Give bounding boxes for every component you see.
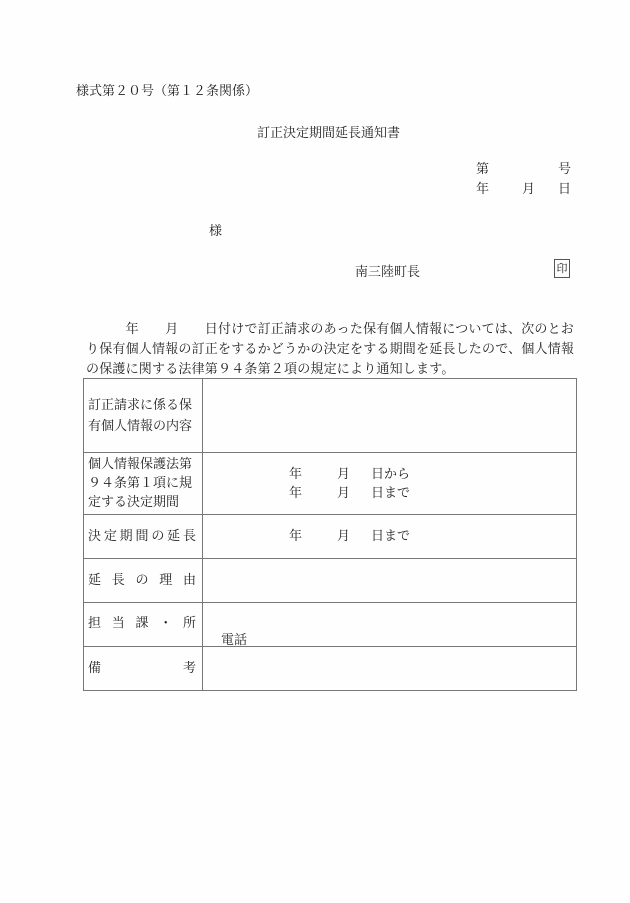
form-number: 様式第２０号（第１２条関係） <box>76 80 258 99</box>
label-char: 課 <box>135 613 148 634</box>
row-label: 個人情報保護法第 ９４条第１項に規 定する決定期間 <box>84 453 203 515</box>
label-char: 決 <box>88 526 101 547</box>
row-label: 訂正請求に係る保 有個人情報の内容 <box>84 379 203 453</box>
table-row-remarks: 備 考 <box>84 647 577 691</box>
label-char: 担 <box>88 613 101 634</box>
body-line: り保有個人情報の訂正をするかどうかの決定をする期間を延長したので、個人情報 <box>86 340 586 360</box>
day-label: 日から <box>371 465 410 484</box>
label-line: ９４条第１項に規 <box>88 474 202 493</box>
seal-mark: 印 <box>554 259 570 278</box>
label-char: 当 <box>112 613 125 634</box>
label-char: 考 <box>183 658 196 679</box>
date-year: 年 <box>476 180 489 200</box>
content-field[interactable] <box>203 379 577 453</box>
number-suffix: 号 <box>558 160 571 180</box>
notice-table: 訂正請求に係る保 有個人情報の内容 個人情報保護法第 ９４条第１項に規 定する決… <box>83 378 577 691</box>
table-row-department: 担 当 課 ・ 所 電話 <box>84 603 577 647</box>
body-line: の保護に関する法律第９４条第２項の規定により通知します。 <box>86 360 586 380</box>
document-title: 訂正決定期間延長通知書 <box>257 122 400 141</box>
label-char: 長 <box>112 570 125 591</box>
label-char: 間 <box>135 526 148 547</box>
extension-field[interactable]: 年月日まで <box>203 515 577 559</box>
document-date-row: 年 月 日 <box>476 180 571 200</box>
label-char: の <box>135 570 148 591</box>
reason-field[interactable] <box>203 559 577 603</box>
label-char: 理 <box>159 570 172 591</box>
extension-date: 年月日まで <box>203 527 576 546</box>
table-row-decision-period: 個人情報保護法第 ９４条第１項に規 定する決定期間 年月日から 年月日まで <box>84 453 577 515</box>
label-char: 定 <box>104 526 117 547</box>
label-char: 延 <box>88 570 101 591</box>
phone-label: 電話 <box>221 629 247 648</box>
day-label: 日まで <box>371 527 410 546</box>
row-label: 備 考 <box>84 647 203 691</box>
month-label: 月 <box>337 465 371 484</box>
month-label: 月 <box>337 484 371 503</box>
body-line: 年 月 日付けで訂正請求のあった保有個人情報については、次のとお <box>86 320 586 340</box>
department-field[interactable]: 電話 <box>203 603 577 647</box>
row-label: 決 定 期 間 の 延 長 <box>84 515 203 559</box>
label-line: 個人情報保護法第 <box>88 455 202 474</box>
table-row-reason: 延 長 の 理 由 <box>84 559 577 603</box>
date-from: 年月日から <box>203 465 576 484</box>
month-label: 月 <box>337 527 371 546</box>
table-row-content: 訂正請求に係る保 有個人情報の内容 <box>84 379 577 453</box>
label-char: ・ <box>159 613 172 634</box>
document-number-row: 第 号 <box>476 160 571 180</box>
table-row-extension: 決 定 期 間 の 延 長 年月日まで <box>84 515 577 559</box>
label-char: の <box>151 526 164 547</box>
label-line: 定する決定期間 <box>88 493 202 512</box>
label-char: 長 <box>183 526 196 547</box>
date-month: 月 <box>522 180 535 200</box>
row-label: 延 長 の 理 由 <box>84 559 203 603</box>
year-label: 年 <box>289 484 337 503</box>
label-char: 期 <box>120 526 133 547</box>
day-label: 日まで <box>371 484 410 503</box>
label-char: 所 <box>183 613 196 634</box>
date-day: 日 <box>558 180 571 200</box>
body-paragraph: 年 月 日付けで訂正請求のあった保有個人情報については、次のとお り保有個人情報… <box>86 320 586 380</box>
label-char: 備 <box>88 658 101 679</box>
year-label: 年 <box>289 527 337 546</box>
document-number-date-block: 第 号 年 月 日 <box>476 160 571 200</box>
label-line: 有個人情報の内容 <box>88 416 202 437</box>
decision-period-field[interactable]: 年月日から 年月日まで <box>203 453 577 515</box>
label-char: 延 <box>167 526 180 547</box>
addressee-honorific: 様 <box>209 220 222 239</box>
date-to: 年月日まで <box>203 484 576 503</box>
row-label: 担 当 課 ・ 所 <box>84 603 203 647</box>
year-label: 年 <box>289 465 337 484</box>
label-line: 訂正請求に係る保 <box>88 395 202 416</box>
label-char: 由 <box>183 570 196 591</box>
remarks-field[interactable] <box>203 647 577 691</box>
issuer-name: 南三陸町長 <box>355 261 420 280</box>
number-prefix: 第 <box>476 160 489 180</box>
